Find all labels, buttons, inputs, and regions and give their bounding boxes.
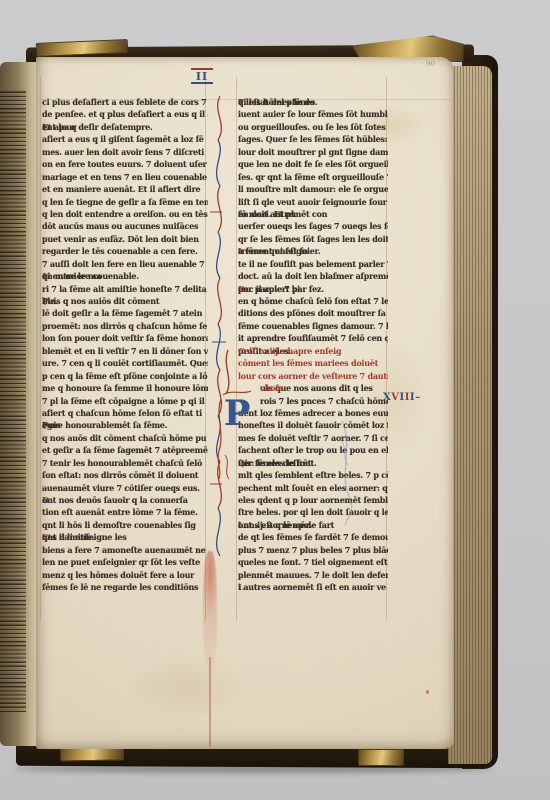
text-line: uerſer oueqs les ſages 7 oueqs les ſotes…	[238, 220, 388, 232]
ruling-line	[40, 77, 41, 621]
text-line: fēme couenables ſignes damour. 7 la do	[238, 320, 388, 332]
ink-text: 7 pl la fēme eſt cōpaigne a lōme p qi il	[42, 395, 205, 407]
text-line: egne honourablemēt ſa fēme. ¶ Puis	[42, 419, 208, 431]
text-line: eles qdent q p lour aornemēt ſembler e	[238, 494, 388, 506]
text-line: qr ſe les fēmes ſōt ſages len les doit a…	[238, 233, 388, 245]
ink-text: tion eſt auenāt entre lōme 7 la fēme.	[42, 506, 198, 518]
text-line: iuent auier ſe lour fēmes ſōt humbles	[238, 108, 388, 120]
ink-text: qr ſe les fēmes ſōt ſages len les doit a…	[238, 233, 388, 245]
ink-text: plenmēt mauues. 7 le doit len defendre.	[238, 569, 388, 581]
ink-text: afiert q chaſcun hōme ſelon ſō eſtat ti	[42, 407, 202, 419]
ink-text: honeſtes il doiuēt ſauoir cōmēt loz fē	[238, 419, 388, 431]
ink-text: iuent auier ſe lour fēmes ſōt humbles	[238, 108, 388, 120]
ink-text: lē doit geſir a la fēme ſagemēt 7 atein	[42, 307, 202, 319]
ink-text: blemēt et en li veſtir 7 en li dōner ſon…	[42, 345, 208, 357]
ink-text: q len ſe tiegne de geſir a ſa fēme en te…	[42, 196, 208, 208]
text-line: dōt aucūs maus ou aucunes nuiſāces	[42, 220, 208, 232]
text-line: ble. ¶ Puis q nos auiōs dit cōment	[42, 295, 208, 307]
text-line: et en maniere auenāt. Et il afiert dire	[42, 183, 208, 195]
ink-text: mes ſe doiuēt veſtir 7 aorner. 7 ſi cen …	[238, 432, 388, 444]
text-line: me q honoure ſa femme il honoure lōme	[42, 382, 208, 394]
ink-text: i autres aornemēt ſi eſt en auoir ve	[238, 581, 386, 593]
ink-text: et geſir a ſa fēme ſagemēt 7 atēpreemēt	[42, 444, 208, 456]
text-column-right: 7 leſtat del pſōnes. ¶ qi les hōmes ſe d…	[238, 96, 388, 596]
text-line: len ne puet enſeignier qr ſōt les veſte	[42, 556, 208, 568]
page-edge-lines	[448, 66, 492, 764]
text-line: rois 7 les pnces 7 chaſcū hōme doi	[238, 395, 388, 407]
ink-text: doct. aū la doit len blaſmer aſpremēt	[238, 270, 388, 282]
text-line: q nos auōs dit cōment chaſcū hōme pu	[42, 432, 208, 444]
ink-text: i uns eſt q lē apele fart	[238, 519, 334, 531]
ink-text: te il ne ſoufiſt pas belement parler 7	[238, 258, 388, 270]
text-line: ou orgueillouſes. ou ſe les ſōt ſotes ou	[238, 121, 388, 133]
text-line: lē doit geſir a la fēme ſagemēt 7 atein	[42, 307, 208, 319]
ink-text: len ne puet enſeignier qr ſōt les veſte	[42, 556, 200, 568]
ink-speck	[426, 690, 429, 694]
text-line: de penſee. et q plus deſafiert a eus q i…	[42, 108, 208, 120]
text-line: 7 auſſi doit len fere en lieu auenable 7	[42, 258, 208, 270]
ink-text: et en maniere auenāt. Et il afiert dire	[42, 183, 200, 195]
ink-text: pechent mlt ſouēt en eles aorner: quer	[238, 482, 388, 494]
text-line: de qt les fēmes ſe fardēt 7 ſe demouſtrē…	[238, 531, 388, 543]
text-line: 7 pl la fēme eſt cōpaigne a lōme p qi il	[42, 395, 208, 407]
text-line: q len doit entendre a oreiſon. ou en tēs	[42, 208, 208, 220]
text-line: tion eſt auenāt entre lōme 7 la fēme.	[42, 506, 208, 518]
ink-text: ure. 7 cen q li couiēt cortiſiaumēt. Que…	[42, 357, 208, 369]
ink-text: menz q les hōmes doiuēt fere a lour	[42, 569, 194, 581]
ink-text: fēmes ſe lē ne regarde les conditiōns	[42, 581, 198, 593]
text-line: ſon eſtat: nos dirrōs cōmēt il doiuent	[42, 469, 208, 481]
ink-text: ri 7 la fēme ait amiſtie honeſte 7 delit…	[42, 283, 207, 295]
ink-text: mes. auer len doit avoir ſens 7 diſcreti	[42, 146, 204, 158]
rubric-text: choſe	[260, 382, 283, 394]
left-page-edges	[0, 62, 40, 746]
ink-text: eles qdent q p lour aornemēt ſembler e	[238, 494, 388, 506]
text-line: 7 tenir les honourablemēt chaſcū ſelō	[42, 457, 208, 469]
text-line: lour cors aorner de veſteure 7 dautre	[238, 370, 388, 382]
text-line: ent lour deſir deſatempre. ¶ Et aps q	[42, 121, 208, 133]
text-line: plus 7 menz 7 plus beles 7 plus blāches	[238, 544, 388, 556]
ink-text: ou orgueillouſes. ou ſe les ſōt ſotes ou	[238, 121, 388, 133]
margin-penwork-flourish	[336, 419, 362, 529]
ink-text: 7 auſſi doit len fere en lieu auenable 7	[42, 258, 204, 270]
text-line: doct. aū la doit len blaſmer aſpremēt	[238, 270, 388, 282]
ink-text: lon ſon pouer doit veſtir ſa fēme honora	[42, 332, 208, 344]
chapter-number-xviii: XVIII–	[383, 392, 421, 403]
ink-text: ſachent oſter le trop ou le pou en eles …	[238, 444, 388, 456]
ink-text: q len doit entendre a oreiſon. ou en tēs	[42, 208, 207, 220]
ink-text: ci plus deſafiert a eus feblete de cors …	[42, 96, 207, 108]
ink-text: ſes. qr qnt la fēme eſt orgueillouſe 7 l…	[238, 171, 388, 183]
text-line: Li autres aornemēt ſi eſt en auoir ve	[238, 581, 388, 593]
ink-text: Puis	[42, 419, 60, 431]
running-header-numeral: II	[191, 68, 213, 84]
text-line: trement enſeignier. La fēme qui eſt ſo	[238, 245, 388, 257]
text-line: puet venir as eufāz. Dōt len doit bien	[42, 233, 208, 245]
ink-text: qnt il li enſeigne les	[42, 531, 127, 543]
ink-text: ont nos deuōs ſauoir q la conuerſa	[42, 494, 188, 506]
manuscript-photo: II 90 ci plus deſafiert a eus feblete de…	[0, 0, 550, 800]
text-line: fēmes ſe lē ne regarde les conditiōns	[42, 581, 208, 593]
rubric-text: Ceſt .xviij. chapre enſeig	[238, 345, 341, 357]
text-line: ſes. qr qnt la fēme eſt orgueillouſe 7 l…	[238, 171, 388, 183]
gutter-penwork-flourishes	[202, 92, 238, 572]
ink-text: que len ne doit fe ſe eles ſōt orgueillo…	[238, 158, 388, 170]
text-line: li mouſtre mlt damour: ele ſe orgueil	[238, 183, 388, 195]
text-line: regarder le tēs couenable a cen fere.	[42, 245, 208, 257]
text-line: profit a eles. Ceſt .xviij. chapre enſei…	[238, 345, 388, 357]
ink-text: ditions des pſōnes doit mouſtrer ſa	[238, 307, 386, 319]
rubric-text: cōment les fēmes mariees doiuēt	[238, 357, 378, 369]
text-line: ci plus deſafiert a eus feblete de cors …	[42, 96, 208, 108]
ink-text: puet venir as eufāz. Dōt len doit bien	[42, 233, 199, 245]
ink-text: lour doit mouſtrer pl gnt ſigne damor	[238, 146, 388, 158]
text-line: par parole 7 par fez. Donc il apiert bi	[238, 283, 388, 295]
text-line: ri 7 la fēme ait amiſtie honeſte 7 delit…	[42, 283, 208, 295]
ink-text: it aprendre ſoufiſaumēt 7 ſelō cen q il …	[238, 332, 388, 344]
text-line: plenmēt mauues. 7 le doit len defendre.	[238, 569, 388, 581]
text-line: ſō mari. Et pl. Len doit autremēt con	[238, 208, 388, 220]
text-line: en maniere couenable. ¶ qi entre le ma	[42, 270, 208, 282]
text-line: mes. auer len doit avoir ſens 7 diſcreti	[42, 146, 208, 158]
ink-text: Et aps q	[42, 121, 76, 133]
ink-text: q nos auōs dit cōment chaſcū hōme pu	[42, 432, 206, 444]
text-column-left: ci plus deſafiert a eus feblete de cors …	[42, 96, 208, 596]
text-line: honeſtes il doiuēt ſauoir cōmēt loz fē	[238, 419, 388, 431]
text-line: ſtre beles. por qi len doit ſauoir q les	[238, 506, 388, 518]
text-line: ditions des pſōnes doit mouſtrer ſa	[238, 307, 388, 319]
ink-text: auenaumēt viure 7 cōtiſer oueqs eus.	[42, 482, 200, 494]
ink-text: en doit autremēt con	[238, 208, 327, 220]
text-line: auenaumēt viure 7 cōtiſer oueqs eus.	[42, 482, 208, 494]
ink-text: a fēme qui eſt ſo	[238, 245, 308, 257]
text-line: afiert q chaſcun hōme ſelon ſō eſtat ti	[42, 407, 208, 419]
ink-text: qi les hōmes ſe do	[238, 96, 315, 108]
text-line: Dont nos deuōs ſauoir q la conuerſa	[42, 494, 208, 506]
initial-letter: P	[224, 393, 250, 434]
ink-text: biens a fere 7 amoneſte auenaumēt ne	[42, 544, 206, 556]
text-line: menz q les hōmes doiuēt fere a lour	[42, 569, 208, 581]
text-line: proemēt: nos dirrōs q chaſcun hōme ſe	[42, 320, 208, 332]
text-line: ont .ij. aornemēz. Li uns eſt q lē apele…	[238, 519, 388, 531]
facing-page-text-edge	[0, 89, 26, 711]
ink-text: uerſer oueqs les ſages 7 oueqs les ſotes…	[238, 220, 388, 232]
ink-text: qnt li hōs li demoſtre couenables ſig	[42, 519, 196, 531]
ink-text: afiert a eus q il giſent ſagemēt a loz f…	[42, 133, 204, 145]
ink-text: on en fere toutes euurs. 7 doiuent uſer …	[42, 158, 208, 170]
manuscript-page: II 90 ci plus deſafiert a eus feblete de…	[36, 57, 454, 749]
red-ink-stain-tail	[209, 657, 211, 747]
text-line: uis que nos auons dit q les choſe	[238, 382, 388, 394]
text-line: queles ne ſont. 7 tiel oignement eſt de	[238, 556, 388, 568]
ink-text: ſon eſtat: nos dirrōs cōmēt il doiuent	[42, 469, 198, 481]
text-line: pechent mlt ſouēt en eles aorner: quer	[238, 482, 388, 494]
text-line: ſages. Quer ſe les fēmes ſōt hūbles: le	[238, 133, 388, 145]
ink-text: egne honourablemēt ſa fēme.	[42, 419, 170, 431]
folio-number: 90	[426, 60, 435, 68]
ink-text: liſt ſi qle veut auoir ſeignourie ſour	[238, 196, 387, 208]
text-line: q len ſe tiegne de geſir a ſa fēme en te…	[42, 196, 208, 208]
text-line: on en fere toutes euurs. 7 doiuent uſer …	[42, 158, 208, 170]
ink-text: de penſee. et q plus deſafiert a eus q i…	[42, 108, 208, 120]
rubric-text: lour cors aorner de veſteure 7 dautre	[238, 370, 388, 382]
ink-text: ſtre beles. por qi len doit ſauoir q les	[238, 506, 388, 518]
text-line: mariage et en tens 7 en lieu couenable	[42, 171, 208, 183]
brass-corner-bottom-middle	[358, 749, 404, 766]
text-line: mlt qles ſemblent eſtre beles. 7 p cē el…	[238, 469, 388, 481]
ink-text: 7 tenir les honourablemēt chaſcū ſelō	[42, 457, 202, 469]
ink-text: p cen q la fēme eſt pſōne conjointe a lō	[42, 370, 207, 382]
ink-text: me q honoure ſa femme il honoure lōme	[42, 382, 208, 394]
text-line: ure. 7 cen q li couiēt cortiſiaumēt. Que…	[42, 357, 208, 369]
text-line: ſachent oſter le trop ou le pou en eles …	[238, 444, 388, 456]
chapter-numeral-letter: V	[391, 392, 399, 403]
text-line: it aprendre ſoufiſaumēt 7 ſelō cen q il …	[238, 332, 388, 344]
ink-text: dōt aucūs maus ou aucunes nuiſāces	[42, 220, 198, 232]
ink-text: li mouſtre mlt damour: ele ſe orgueil	[238, 183, 388, 195]
text-line: afiert a eus q il giſent ſagemēt a loz f…	[42, 133, 208, 145]
parchment-stain	[126, 657, 246, 717]
text-line: uent loz fēmes adrecer a bones euurs 7	[238, 407, 388, 419]
text-line: nes damitie. Et qnt il li enſeigne les	[42, 531, 208, 543]
text-line: cōment les fēmes mariees doiuēt	[238, 357, 388, 369]
text-line: que len ne doit fe ſe eles ſōt orgueillo…	[238, 158, 388, 170]
illuminated-initial-p: P	[219, 397, 255, 467]
text-line: en q hōme chaſcū ſelō ſon eſtat 7 les cō	[238, 295, 388, 307]
fore-edge-pages	[448, 66, 492, 764]
ink-text: regarder le tēs couenable a cen fere.	[42, 245, 198, 257]
text-line: te il ne ſoufiſt pas belement parler 7	[238, 258, 388, 270]
ink-text: uent loz fēmes adrecer a bones euurs 7	[238, 407, 388, 419]
text-line: p cen q la fēme eſt pſōne conjointe a lō	[42, 370, 208, 382]
ink-text: mlt qles ſemblent eſtre beles. 7 p cē el…	[238, 469, 388, 481]
ink-text: queles ne ſont. 7 tiel oignement eſt de	[238, 556, 388, 568]
text-line: liſt ſi qle veut auoir ſeignourie ſour	[238, 196, 388, 208]
text-line: 7 leſtat del pſōnes. ¶ qi les hōmes ſe d…	[238, 96, 388, 108]
ink-text: en q hōme chaſcū ſelō ſon eſtat 7 les cō	[238, 295, 388, 307]
text-line: mes ſe doiuēt veſtir 7 aorner. 7 ſi cen …	[238, 432, 388, 444]
text-line: ſtir: ſe eles le font. Quer fēmes deſirē…	[238, 457, 388, 469]
ink-text: plus 7 menz 7 plus beles 7 plus blāches	[238, 544, 388, 556]
text-line: et geſir a ſa fēme ſagemēt 7 atēpreemēt	[42, 444, 208, 456]
text-line: qnt li hōs li demoſtre couenables ſig	[42, 519, 208, 531]
ink-text: de qt les fēmes ſe fardēt 7 ſe demouſtrē…	[238, 531, 388, 543]
ink-text: ſages. Quer ſe les fēmes ſōt hūbles: le	[238, 133, 388, 145]
ink-text: qi entre le ma	[42, 270, 101, 282]
ink-text: Puis q nos auiōs dit cōment	[42, 295, 159, 307]
ink-text: rois 7 les pnces 7 chaſcū hōme doi	[260, 395, 388, 407]
chapter-numeral-letter: –	[415, 392, 421, 403]
text-line: lour doit mouſtrer pl gnt ſigne damor	[238, 146, 388, 158]
text-line: blemēt et en li veſtir 7 en li dōner ſon…	[42, 345, 208, 357]
text-line: biens a fere 7 amoneſte auenaumēt ne	[42, 544, 208, 556]
text-line: lon ſon pouer doit veſtir ſa fēme honora	[42, 332, 208, 344]
ink-text: mariage et en tens 7 en lieu couenable	[42, 171, 207, 183]
ink-text: proemēt: nos dirrōs q chaſcun hōme ſe	[42, 320, 207, 332]
ink-text: onc il apiert bi	[238, 283, 300, 295]
ink-text: fēme couenables ſignes damour. 7 la do	[238, 320, 388, 332]
